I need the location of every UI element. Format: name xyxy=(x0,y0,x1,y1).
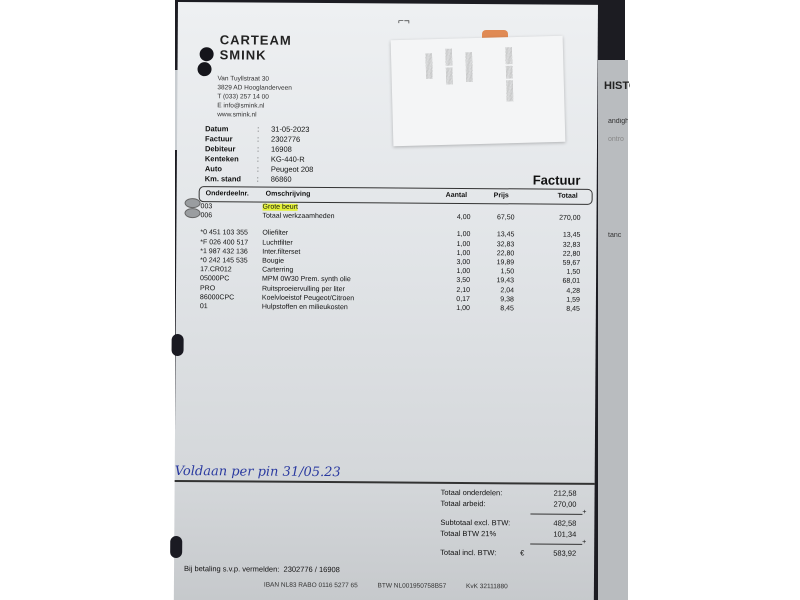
line-price: 19,43 xyxy=(474,277,514,284)
line-total: 68,01 xyxy=(540,278,580,285)
vat-value: 101,34 xyxy=(553,530,576,539)
subtotal-label: Subtotaal excl. BTW: xyxy=(440,518,510,527)
line-price: 13,45 xyxy=(474,231,514,238)
meta-colon: : xyxy=(257,155,271,165)
meta-colon: : xyxy=(257,125,271,135)
meta-value: Peugeot 208 xyxy=(271,165,314,175)
line-qty: 1,00 xyxy=(430,240,470,247)
line-total: 22,80 xyxy=(540,250,580,257)
line-price: 67,50 xyxy=(474,214,514,221)
part-number: 17.CR012 xyxy=(200,266,232,273)
meta-label: Debiteur xyxy=(205,144,257,154)
col-description: Omschrijving xyxy=(266,191,311,198)
receipt-text: ▒▒▒▒ ▒▒▒▒ xyxy=(445,49,452,85)
table-row: 01Hulpstoffen en milieukosten1,008,458,4… xyxy=(176,303,596,315)
line-description: Oliefilter xyxy=(262,230,288,237)
meta-label: Auto xyxy=(205,164,257,174)
part-number: 01 xyxy=(200,303,208,310)
line-description: Bougie xyxy=(262,258,284,265)
subtotal-value: 482,58 xyxy=(553,519,576,528)
line-total: 13,45 xyxy=(540,232,580,239)
underlying-doc-text: tanc xyxy=(608,232,628,239)
punch-hole xyxy=(170,536,182,558)
line-qty: 4,00 xyxy=(430,214,470,221)
line-price: 2,04 xyxy=(474,287,514,294)
company-address: Van Tuyllstraat 30 3829 AD Hooglandervee… xyxy=(217,74,292,120)
line-total: 59,67 xyxy=(540,259,580,266)
logo-dot-icon xyxy=(197,62,211,76)
company-name-line2: SMINK xyxy=(220,47,267,62)
line-total: 32,83 xyxy=(540,241,580,248)
meta-value: 2302776 xyxy=(271,135,300,145)
stapled-pin-receipt: ▒▒▒▒▒▒ ▒▒▒▒ ▒▒▒▒ ▒▒▒▒▒▒▒ ▒▒▒▒ ▒▒▒ ▒▒▒▒▒ xyxy=(391,36,566,146)
line-description: Carterring xyxy=(262,267,293,274)
table-header: Onderdeelnr. Omschrijving Aantal Prijs T… xyxy=(199,186,593,205)
part-number: *0 451 103 355 xyxy=(200,230,248,237)
line-description: Ruitsproeiervulling per liter xyxy=(262,285,345,293)
line-price: 8,45 xyxy=(474,305,514,312)
meta-label: Kenteken xyxy=(205,154,257,164)
receipt-text: ▒▒▒▒▒▒ xyxy=(425,53,432,79)
labor-total-value: 270,00 xyxy=(554,500,577,509)
line-price: 1,50 xyxy=(474,268,514,275)
payment-ref-label: Bij betaling s.v.p. vermelden: xyxy=(184,564,279,574)
company-name-line1: CARTEAM xyxy=(220,32,292,48)
currency-symbol: € xyxy=(520,548,524,557)
line-qty: 1,00 xyxy=(430,250,470,257)
plus-sign: + xyxy=(582,539,586,546)
labor-total-label: Totaal arbeid: xyxy=(440,499,485,508)
meta-value: KG-440-R xyxy=(271,155,305,165)
grand-total-label: Totaal incl. BTW: xyxy=(440,548,496,557)
iban: IBAN NL83 RABO 0116 5277 65 xyxy=(264,582,358,590)
grand-total-value: 583,92 xyxy=(553,549,576,558)
plus-sign: + xyxy=(582,509,586,516)
part-number: 003 xyxy=(201,203,213,210)
line-qty: 1,00 xyxy=(430,231,470,238)
line-description: Luchtfilter xyxy=(262,239,292,246)
meta-value: 16908 xyxy=(271,145,292,155)
line-description: Totaal werkzaamheden xyxy=(262,213,334,221)
col-qty: Aantal xyxy=(446,192,467,199)
meta-label: Factuur xyxy=(205,134,257,144)
underlying-doc-text: andighe xyxy=(608,118,628,125)
meta-colon: : xyxy=(257,175,271,185)
line-description: MPM 0W30 Prem. synth olie xyxy=(262,276,351,284)
parts-total-label: Totaal onderdelen: xyxy=(441,488,503,497)
staple-mark-icon: ⌐¬ xyxy=(398,16,410,27)
vat-number: BTW NL001950758B57 xyxy=(378,582,447,589)
line-description: Hulpstoffen en milieukosten xyxy=(262,303,348,311)
underlying-doc-text: ontro xyxy=(608,136,628,143)
divider xyxy=(175,480,595,484)
handwritten-payment-note: Voldaan per pin 31/05.23 xyxy=(175,464,341,480)
line-qty: 3,00 xyxy=(430,259,470,266)
line-price: 22,80 xyxy=(474,250,514,257)
vat-label: Totaal BTW 21% xyxy=(440,529,496,538)
meta-label: Datum xyxy=(205,124,257,134)
part-number: 86000CPC xyxy=(200,294,234,301)
part-number: 05000PC xyxy=(200,275,229,282)
company-website: www.smink.nl xyxy=(217,110,292,120)
invoice-title: Factuur xyxy=(533,172,581,187)
line-qty: 1,00 xyxy=(430,268,470,275)
receipt-text: ▒▒▒▒ ▒▒▒ ▒▒▒▒▒ xyxy=(505,47,512,101)
totals-block: Totaal onderdelen:212,58 Totaal arbeid:2… xyxy=(440,488,590,560)
col-price: Prijs xyxy=(494,192,509,199)
part-number: *F 026 400 517 xyxy=(200,239,248,246)
line-qty: 2,10 xyxy=(430,286,470,293)
part-number: PRO xyxy=(200,285,215,292)
meta-value: 86860 xyxy=(271,175,292,185)
line-total: 8,45 xyxy=(540,305,580,312)
payment-reference: Bij betaling s.v.p. vermelden: 2302776 /… xyxy=(184,564,340,574)
line-total: 270,00 xyxy=(540,215,580,222)
line-price: 9,38 xyxy=(474,296,514,303)
kvk-number: KvK 32111880 xyxy=(466,583,508,590)
meta-value: 31-05-2023 xyxy=(271,125,309,135)
parts-total-value: 212,58 xyxy=(554,489,577,498)
line-total: 1,59 xyxy=(540,296,580,303)
meta-row: Km. stand:86860 xyxy=(205,174,314,185)
punch-hole xyxy=(172,334,184,356)
payment-ref-value: 2302776 / 16908 xyxy=(284,565,340,574)
col-total: Totaal xyxy=(558,193,578,200)
line-price: 32,83 xyxy=(474,241,514,248)
photo-frame: HISTO andighe ontro tanc CARTEAM SMINK V… xyxy=(0,0,800,600)
line-qty: 3,50 xyxy=(430,277,470,284)
col-part-no: Onderdeelnr. xyxy=(206,190,249,197)
part-number: *0 242 145 535 xyxy=(200,257,248,264)
line-price: 19,89 xyxy=(474,259,514,266)
underlying-document-right: HISTO andighe ontro tanc xyxy=(598,60,628,600)
logo-dot-icon xyxy=(200,47,214,61)
meta-colon: : xyxy=(257,135,271,145)
line-description: Inter.filterset xyxy=(262,248,300,255)
part-number: *1 987 432 136 xyxy=(200,248,248,255)
underlying-doc-heading: HISTO xyxy=(604,80,630,92)
receipt-text: ▒▒▒▒▒▒▒ xyxy=(465,52,472,82)
line-description: Grote beurt xyxy=(263,204,298,211)
line-description: Koelvloeistof Peugeot/Citroen xyxy=(262,294,354,302)
line-total: 4,28 xyxy=(540,287,580,294)
meta-label: Km. stand xyxy=(205,174,257,184)
meta-colon: : xyxy=(257,145,271,155)
footer-bank-details: IBAN NL83 RABO 0116 5277 65 BTW NL001950… xyxy=(264,582,526,591)
meta-colon: : xyxy=(257,165,271,175)
line-total: 1,50 xyxy=(540,269,580,276)
invoice-meta: Datum:31-05-2023Factuur:2302776Debiteur:… xyxy=(205,124,314,185)
invoice-lines: 003Grote beurt006Totaal werkzaamheden4,0… xyxy=(176,203,597,315)
line-qty: 1,00 xyxy=(430,305,470,312)
part-number: 006 xyxy=(200,212,212,219)
line-qty: 0,17 xyxy=(430,295,470,302)
